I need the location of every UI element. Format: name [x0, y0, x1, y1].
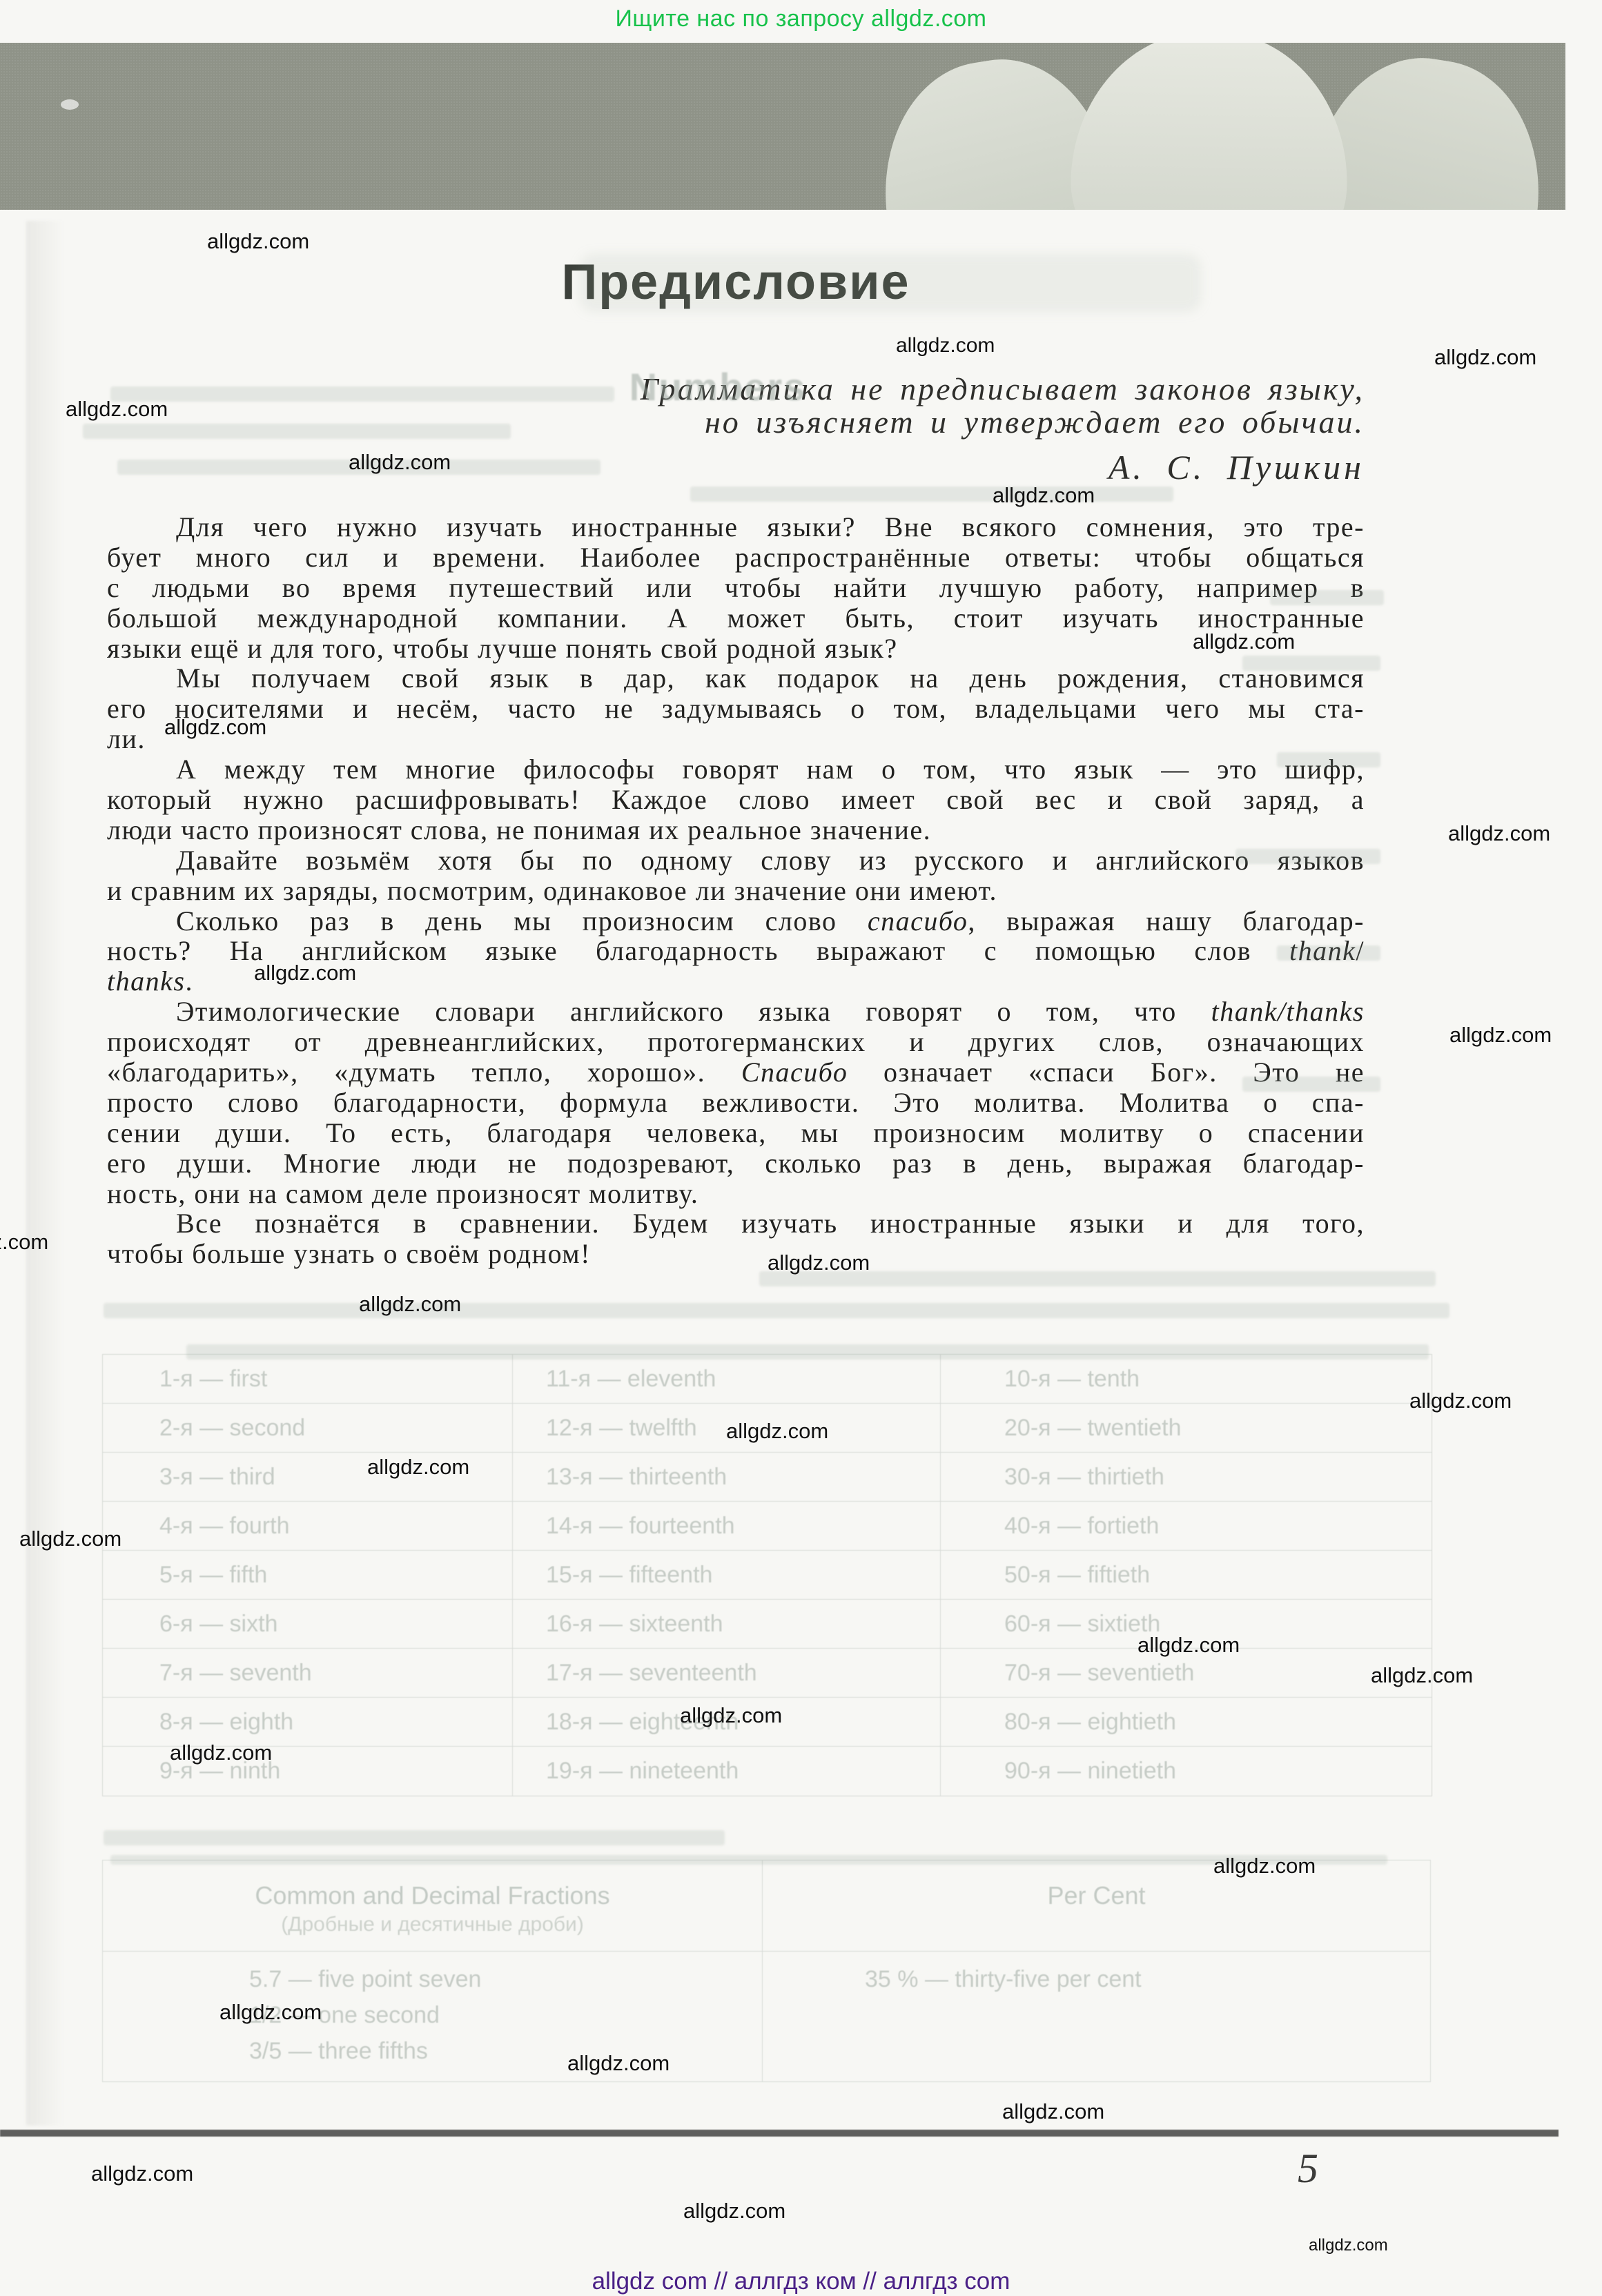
watermark: allgdz.com	[768, 1250, 870, 1275]
body-text-line: Мы получаем свой язык в дар, как подарок…	[107, 663, 1365, 694]
ghost-fraction-row: 5.7 — five point seven	[249, 1961, 762, 1997]
watermark: allgdz.com	[1213, 1854, 1316, 1878]
ghost-table-header: Common and Decimal Fractions (Дробные и …	[103, 1861, 763, 1951]
ghost-table-cell: 10-я — tenth	[941, 1355, 1432, 1403]
ghost-table-cell: 13-я — thirteenth	[513, 1453, 941, 1501]
body-text-line: сении души. То есть, благодаря человека,…	[107, 1118, 1365, 1148]
watermark: allgdz.com	[1371, 1663, 1473, 1688]
show-through-smudge	[83, 424, 511, 439]
body-text-line: его души. Многие люди не подозревают, ск…	[107, 1148, 1365, 1179]
watermark: allgdz.com	[1193, 629, 1295, 654]
watermark: allgdz.com	[726, 1419, 828, 1444]
ghost-table-row: 4-я — fourth14-я — fourteenth40-я — fort…	[103, 1502, 1432, 1551]
show-through-smudge	[1277, 752, 1380, 767]
show-through-smudge	[110, 386, 614, 402]
watermark: allgdz.com	[1309, 2236, 1388, 2255]
watermark: allgdz.com	[219, 2000, 322, 2025]
ghost-fraction-table: Common and Decimal Fractions (Дробные и …	[102, 1860, 1431, 2082]
ghost-table-cell: 30-я — thirtieth	[941, 1453, 1432, 1501]
body-text-line: чтобы больше узнать о своём родном!	[107, 1239, 1365, 1269]
ghost-table-row: 1-я — first11-я — eleventh10-я — tenth	[103, 1355, 1432, 1404]
header-banner	[0, 43, 1565, 210]
scanned-book-page: { "page": { "watermark_text": "allgdz.co…	[0, 0, 1602, 2296]
watermark: allgdz.com	[1002, 2099, 1104, 2124]
banner-petal	[1069, 43, 1350, 210]
scan-edge-line	[0, 2130, 1559, 2137]
ghost-table-cell: 9-я — ninth	[103, 1747, 513, 1796]
ghost-table-cell: 7-я — seventh	[103, 1649, 513, 1697]
banner-speck	[61, 99, 79, 110]
ghost-table-cell: 5-я — fifth	[103, 1551, 513, 1599]
ghost-table-cell: 1-я — first	[103, 1355, 513, 1403]
ghost-table-row: 5-я — fifth15-я — fifteenth50-я — fiftie…	[103, 1551, 1432, 1600]
promo-text-top: Ищите нас по запросу allgdz.com	[0, 6, 1602, 32]
promo-text-bottom: allgdz com // аллгдз ком // аллгдз com	[0, 2268, 1602, 2295]
ghost-table-cell: 2-я — second	[103, 1404, 513, 1452]
watermark: allgdz.com	[359, 1292, 461, 1317]
ghost-table-cell: 90-я — ninetieth	[941, 1747, 1432, 1796]
watermark: allgdz.com	[1449, 1023, 1552, 1048]
show-through-smudge	[580, 254, 1201, 312]
body-text-line: Для чего нужно изучать иностранные языки…	[107, 512, 1365, 542]
ghost-table-cell: 17-я — seventeenth	[513, 1649, 941, 1697]
show-through-smudge	[104, 1303, 1449, 1318]
body-text-line: ность, они на самом деле произносят моли…	[107, 1179, 1365, 1209]
body-text-line: бует много сил и времени. Наиболее распр…	[107, 542, 1365, 573]
body-text-line: который нужно расшифровывать! Каждое сло…	[107, 785, 1365, 815]
ghost-table-row: 9-я — ninth19-я — nineteenth90-я — ninet…	[103, 1747, 1432, 1796]
watermark: allgdz.com	[91, 2161, 193, 2186]
ghost-table-cell: 40-я — fortieth	[941, 1502, 1432, 1550]
watermark: allgdz.com	[0, 1230, 48, 1255]
show-through-smudge	[1242, 1077, 1380, 1092]
ghost-table-cell: 16-я — sixteenth	[513, 1600, 941, 1648]
body-text-line: и сравним их заряды, посмотрим, одинаков…	[107, 876, 1365, 906]
body-text-line: люди часто произносят слова, не понимая …	[107, 815, 1365, 845]
body-text-line: Этимологические словари английского язык…	[107, 997, 1365, 1027]
ghost-table-cell: 6-я — sixth	[103, 1600, 513, 1648]
ghost-fraction-row: 35 % — thirty-five per cent	[865, 1961, 1430, 1997]
watermark: allgdz.com	[367, 1455, 469, 1480]
body-text-line: Все познаётся в сравнении. Будем изучать…	[107, 1208, 1365, 1239]
watermark: allgdz.com	[1434, 345, 1536, 370]
page-gutter-shadow	[26, 221, 64, 2126]
watermark: allgdz.com	[170, 1740, 272, 1765]
watermark: allgdz.com	[896, 334, 995, 357]
show-through-smudge	[104, 1830, 725, 1845]
show-through-smudge	[1270, 590, 1384, 605]
body-text: Для чего нужно изучать иностранные языки…	[107, 512, 1365, 1269]
ghost-table-cell: 4-я — fourth	[103, 1502, 513, 1550]
body-text-line: большой международной компании. А может …	[107, 603, 1365, 634]
body-text-line: ли.	[107, 724, 1365, 754]
watermark: allgdz.com	[164, 715, 266, 740]
watermark: allgdz.com	[254, 961, 356, 985]
ghost-table-cell: 80-я — eightieth	[941, 1698, 1432, 1746]
body-text-line: просто слово благодарности, формула вежл…	[107, 1088, 1365, 1118]
ghost-table-row: 3-я — third13-я — thirteenth30-я — thirt…	[103, 1453, 1432, 1502]
watermark: allgdz.com	[349, 450, 451, 475]
ghost-fraction-row: 1/2 — one second	[249, 1997, 762, 2033]
body-text-line: с людьми во время путешествий или чтобы …	[107, 573, 1365, 603]
body-text-line: А между тем многие философы говорят нам …	[107, 754, 1365, 785]
ghost-table-cell: 11-я — eleventh	[513, 1355, 941, 1403]
body-text-line: языки ещё и для того, чтобы лучше понять…	[107, 634, 1365, 664]
watermark: allgdz.com	[66, 397, 168, 422]
body-text-line: происходят от древнеанглийских, протогер…	[107, 1027, 1365, 1057]
watermark: allgdz.com	[680, 1703, 782, 1728]
ghost-table-cell: 14-я — fourteenth	[513, 1502, 941, 1550]
show-through-smudge	[690, 487, 1173, 502]
body-text-line: его носителями и несём, часто не задумыв…	[107, 694, 1365, 724]
watermark: allgdz.com	[683, 2199, 785, 2224]
ghost-table-cell: 35 % — thirty-five per cent	[763, 1952, 1430, 2081]
body-text-line: «благодарить», «думать тепло, хорошо». С…	[107, 1057, 1365, 1088]
watermark: allgdz.com	[1409, 1389, 1512, 1413]
ghost-table-cell: 8-я — eighth	[103, 1698, 513, 1746]
page-number: 5	[1298, 2145, 1318, 2192]
ghost-table-cell: 19-я — nineteenth	[513, 1747, 941, 1796]
watermark: allgdz.com	[567, 2051, 670, 2076]
body-text-line: Давайте возьмём хотя бы по одному слову …	[107, 845, 1365, 876]
watermark: allgdz.com	[1137, 1633, 1240, 1658]
ghost-table-header: Per Cent	[763, 1861, 1430, 1951]
watermark: allgdz.com	[207, 229, 309, 254]
watermark: allgdz.com	[1448, 821, 1550, 846]
watermark: allgdz.com	[993, 483, 1095, 508]
show-through-smudge	[1235, 849, 1380, 864]
ghost-table-cell: 20-я — twentieth	[941, 1404, 1432, 1452]
watermark: allgdz.com	[19, 1527, 121, 1551]
ghost-fraction-row: 3/5 — three fifths	[249, 2033, 762, 2069]
ghost-table-cell: 50-я — fiftieth	[941, 1551, 1432, 1599]
show-through-smudge	[1242, 656, 1380, 671]
show-through-heading: Numbers	[629, 364, 807, 409]
ghost-table-cell: 15-я — fifteenth	[513, 1551, 941, 1599]
show-through-smudge	[1277, 945, 1380, 961]
body-text-line: Сколько раз в день мы произносим слово с…	[107, 906, 1365, 936]
